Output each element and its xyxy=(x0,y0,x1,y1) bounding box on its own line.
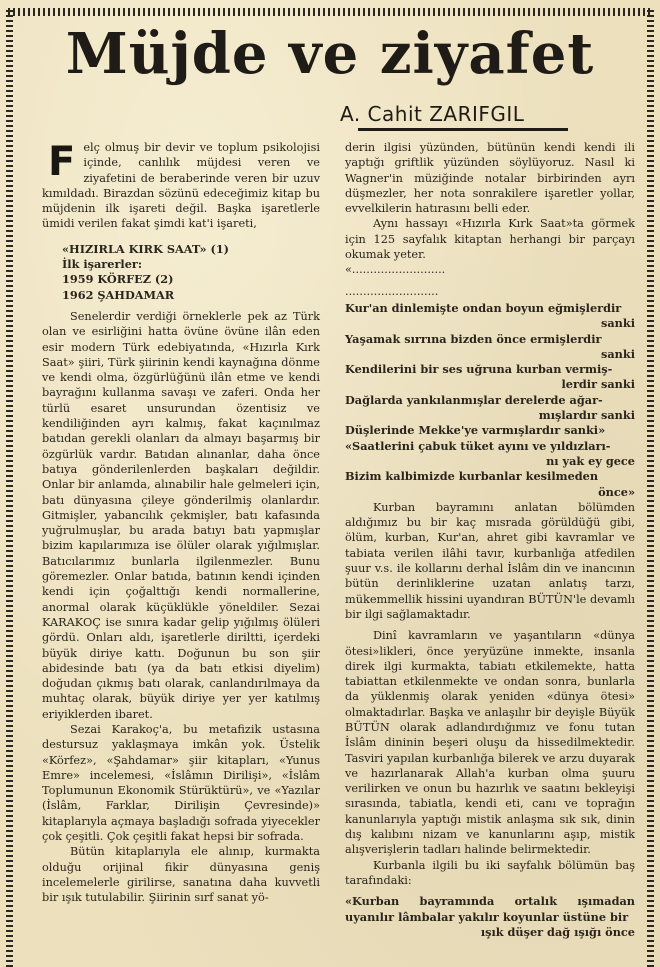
book-list: «HIZIRLA KIRK SAAT» (1) İlk işarerler: 1… xyxy=(62,242,320,303)
poem-line-cont: nı yak ey gece xyxy=(345,454,635,469)
intro-text: elç olmuş bir devir ve toplum psikolojis… xyxy=(42,141,320,230)
quote-line: «Kurban bayramında ortalık ışımadan uyan… xyxy=(345,894,635,925)
paragraph: Sezai Karakoç'a, bu metafizik ustasına d… xyxy=(42,722,320,844)
paragraph: Senelerdir verdiği örneklerle pek az Tür… xyxy=(42,309,320,722)
drop-cap: F xyxy=(48,144,75,180)
list-item: İlk işarerler: xyxy=(62,257,320,272)
poem-line: Düşlerinde Mekke'ye varmışlardır sanki» xyxy=(345,423,635,438)
list-item: 1959 KÖRFEZ (2) xyxy=(62,272,320,287)
poem-line-cont: önce» xyxy=(345,485,635,500)
poem-line: Kendilerini bir ses uğruna kurban vermiş… xyxy=(345,362,635,377)
paragraph: Kurban bayramını anlatan bölümden aldığı… xyxy=(345,500,635,622)
paragraph: Kurbanla ilgili bu iki sayfalık bölümün … xyxy=(345,858,635,889)
article-title: Müjde ve ziyafet xyxy=(0,18,660,90)
left-column: Felç olmuş bir devir ve toplum psikoloji… xyxy=(42,140,320,906)
poem-line-cont: lerdir sanki xyxy=(345,377,635,392)
article-author: A. Cahit ZARIFGIL xyxy=(340,102,524,126)
poem-line: Kur'an dinlemişte ondan boyun eğmişlerdi… xyxy=(345,301,635,316)
intro-paragraph: Felç olmuş bir devir ve toplum psikoloji… xyxy=(42,140,320,232)
poem-line: «Saatlerini çabuk tüket ayını ve yıldızl… xyxy=(345,439,635,454)
poem-excerpt: Kur'an dinlemişte ondan boyun eğmişlerdi… xyxy=(345,301,635,500)
poem-line-cont: sanki xyxy=(345,316,635,331)
decorative-border-top xyxy=(8,8,652,16)
ellipsis-line: .......................... xyxy=(345,284,635,299)
list-item: 1962 ŞAHDAMAR xyxy=(62,288,320,303)
right-column: derin ilgisi yüzünden, bütünün kendi ken… xyxy=(345,140,635,940)
byline-divider xyxy=(358,128,568,131)
list-item: «HIZIRLA KIRK SAAT» (1) xyxy=(62,242,320,257)
paragraph: Aynı hassayı «Hızırla Kırk Saat»ta görme… xyxy=(345,216,635,262)
poem-line: Dağlarda yankılanmışlar derelerde ağar- xyxy=(345,393,635,408)
poem-line: Bizim kalbimizde kurbanlar kesilmeden xyxy=(345,469,635,484)
quote-line-cont: ışık düşer dağ ışığı önce xyxy=(345,925,635,940)
ellipsis-line: «.......................... xyxy=(345,262,635,277)
poem-line-cont: sanki xyxy=(345,347,635,362)
poem-line: Yaşamak sırrına bizden önce ermişlerdir xyxy=(345,332,635,347)
paragraph: Dinî kavramların ve yaşantıların «dünya … xyxy=(345,628,635,857)
paragraph: derin ilgisi yüzünden, bütünün kendi ken… xyxy=(345,140,635,216)
poem-line-cont: mışlardır sanki xyxy=(345,408,635,423)
newspaper-page: Müjde ve ziyafet A. Cahit ZARIFGIL Felç … xyxy=(0,0,660,967)
decorative-border-right xyxy=(647,10,654,967)
paragraph: Bütün kitaplarıyla ele alınıp, kurmakta … xyxy=(42,844,320,905)
decorative-border-left xyxy=(6,10,13,967)
